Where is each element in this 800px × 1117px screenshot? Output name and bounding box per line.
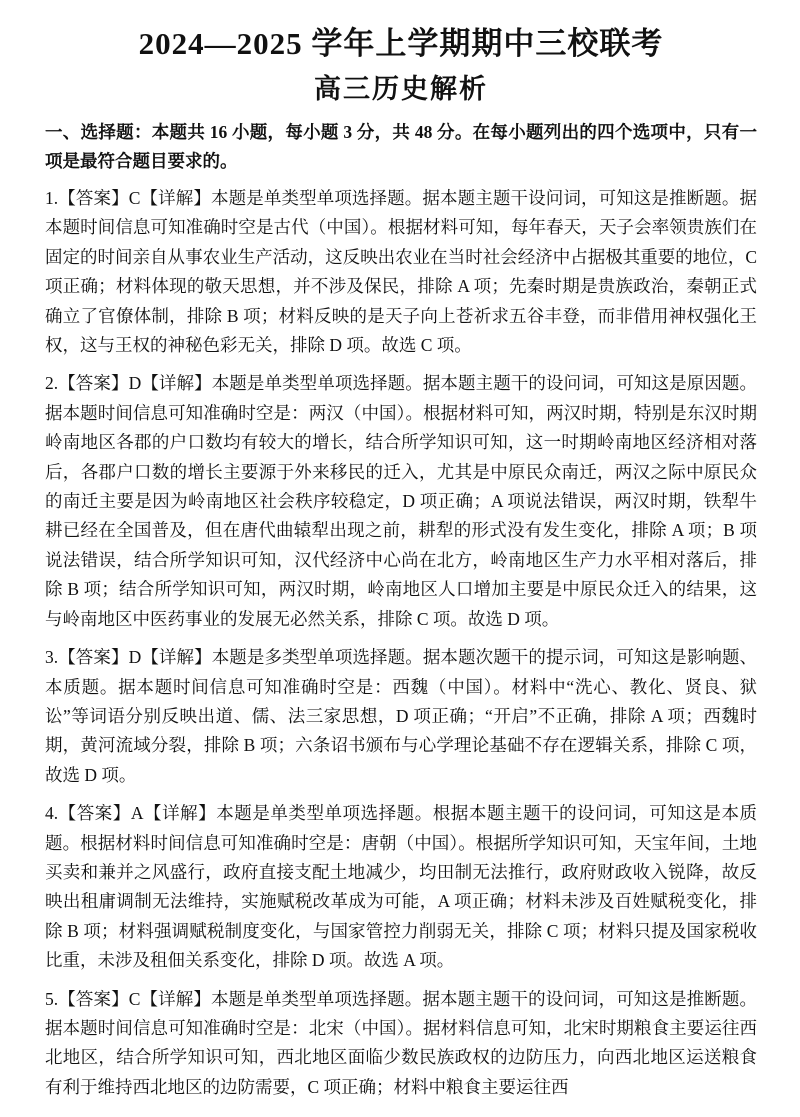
answer-label: 【答案】 [58,647,128,667]
answer-item-4: 4.【答案】A【详解】本题是单类型单项选择题。根据本题主题干的设问词，可知这是本… [45,799,757,975]
document-page: 2024—2025 学年上学期期中三校联考 高三历史解析 一、选择题：本题共 1… [0,0,800,1117]
detail-text: 本题是单类型单项选择题。据本题主题干设问词，可知这是推断题。据本题时间信息可知准… [45,188,761,355]
answer-label: 【答案】 [58,188,129,208]
answer-choice: C [129,188,141,208]
answer-number: 1. [45,188,58,208]
answer-label: 【答案】 [58,373,128,393]
answer-choice: A [131,803,144,823]
answer-item-3: 3.【答案】D【详解】本题是多类型单项选择题。据本题次题干的提示词，可知这是影响… [45,643,757,790]
document-title: 2024—2025 学年上学期期中三校联考 [45,20,757,64]
answer-number: 2. [45,373,58,393]
detail-label: 【详解】 [141,373,211,393]
detail-label: 【详解】 [140,989,211,1009]
answer-number: 5. [45,989,58,1009]
answer-choice: C [129,989,141,1009]
answer-choice: D [129,647,142,667]
answer-item-2: 2.【答案】D【详解】本题是单类型单项选择题。据本题主题干的设问词，可知这是原因… [45,369,757,634]
section-heading: 一、选择题：本题共 16 小题，每小题 3 分，共 48 分。在每小题列出的四个… [45,118,757,176]
answer-choice: D [129,373,142,393]
detail-text: 本题是多类型单项选择题。据本题次题干的提示词，可知这是影响题、本质题。据本题时间… [45,647,757,785]
detail-label: 【详解】 [141,647,211,667]
answer-number: 4. [45,803,58,823]
answer-number: 3. [45,647,58,667]
detail-text: 本题是单类型单项选择题。据本题主题干的设问词，可知这是原因题。据本题时间信息可知… [45,373,757,628]
detail-label: 【详解】 [140,188,211,208]
answer-item-1: 1.【答案】C【详解】本题是单类型单项选择题。据本题主题干设问词，可知这是推断题… [45,184,757,360]
answer-label: 【答案】 [58,803,131,823]
detail-text: 本题是单类型单项选择题。根据本题主题干的设问词，可知这是本质题。根据材料时间信息… [45,803,757,970]
answer-label: 【答案】 [58,989,129,1009]
answer-item-5: 5.【答案】C【详解】本题是单类型单项选择题。据本题主题干的设问词，可知这是推断… [45,985,757,1103]
detail-label: 【详解】 [144,803,217,823]
document-subtitle: 高三历史解析 [45,72,757,106]
